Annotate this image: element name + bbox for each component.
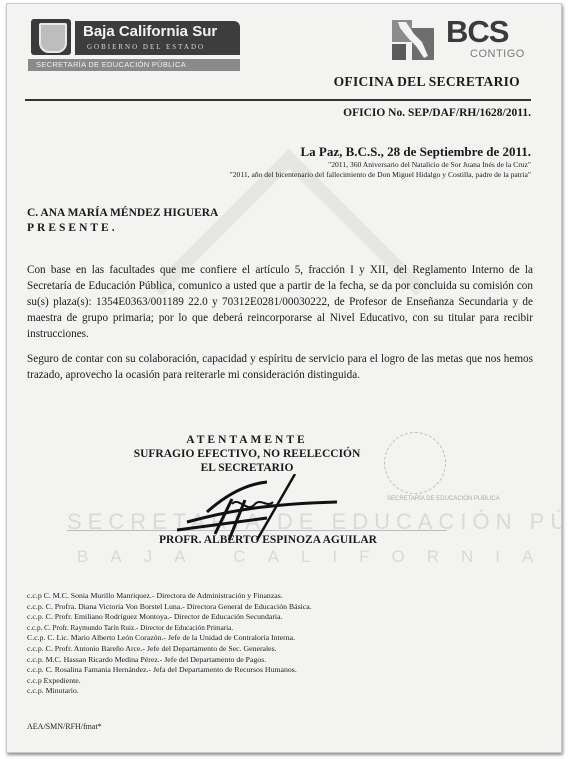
stamp-text: SECRETARÍA DE EDUCACIÓN PÚBLICA: [387, 496, 500, 502]
state-name-banner: Baja California Sur GOBIERNO DEL ESTADO: [75, 21, 240, 55]
contigo-label: CONTIGO: [470, 48, 525, 60]
state-name: Baja California Sur: [83, 23, 217, 40]
copy-recipient: c.c.p Expediente.: [27, 676, 312, 687]
office-title: OFICINA DEL SECRETARIO: [334, 74, 520, 90]
copy-recipient: c.c.p. C. Profr. Raymundo Tarín Ruiz.- D…: [27, 623, 312, 634]
oficio-number: OFICIO No. SEP/DAF/RH/1628/2011.: [343, 107, 531, 119]
copy-recipient: c.c.p. C. Profr. Antonio Bareño Arce.- J…: [27, 644, 312, 655]
bcs-wordmark: BCS: [446, 14, 508, 50]
header-divider: [25, 99, 531, 101]
copy-recipient: c.c.p. C. Rosalina Famania Hernández.- J…: [27, 665, 312, 676]
copy-recipient: c.c.p. C. Profra. Diana Victoria Von Bor…: [27, 602, 312, 613]
addressee-greeting: PRESENTE.: [27, 222, 118, 234]
signer-name: PROFR. ALBERTO ESPINOZA AGUILAR: [159, 534, 377, 546]
peninsula-map-icon: [392, 20, 440, 62]
copy-recipient: c.c.p C. M.C. Sonia Murillo Manriquez.- …: [27, 591, 312, 602]
body-paragraph-2: Seguro de contar con su colaboración, ca…: [27, 351, 533, 383]
state-shield-icon: [31, 19, 71, 55]
motto-line-1: "2011, 360 Aniversario del Natalicio de …: [328, 160, 531, 169]
document-page: Baja California Sur GOBIERNO DEL ESTADO …: [6, 3, 562, 753]
department-name: SECRETARÍA DE EDUCACIÓN PÚBLICA: [28, 59, 240, 71]
copy-recipient: c.c.p. C. Profr. Emiliano Rodríguez Mont…: [27, 612, 312, 623]
place-date: La Paz, B.C.S., 28 de Septiembre de 2011…: [300, 144, 531, 160]
copy-recipient: c.c.p. Minutario.: [27, 686, 312, 697]
addressee-name: C. ANA MARÍA MÉNDEZ HIGUERA: [27, 207, 218, 219]
copies-list: c.c.p C. M.C. Sonia Murillo Manriquez.- …: [27, 591, 312, 697]
government-label: GOBIERNO DEL ESTADO: [87, 43, 205, 51]
reference-initials: AEA/SMN/RFH/fmat*: [27, 722, 102, 731]
copy-recipient: C.c.p. C. Lic. Mario Alberto León Corazó…: [27, 633, 312, 644]
body-paragraph-1: Con base en las facultades que me confie…: [27, 262, 533, 342]
official-stamp: [384, 432, 446, 494]
motto-line-2: "2011, año del bicentenario del fallecim…: [230, 170, 531, 179]
watermark-line-2: BAJA CALIFORNIA SUR: [77, 547, 562, 567]
copy-recipient: c.c.p. M.C. Hassan Ricardo Medina Pérez.…: [27, 655, 312, 666]
